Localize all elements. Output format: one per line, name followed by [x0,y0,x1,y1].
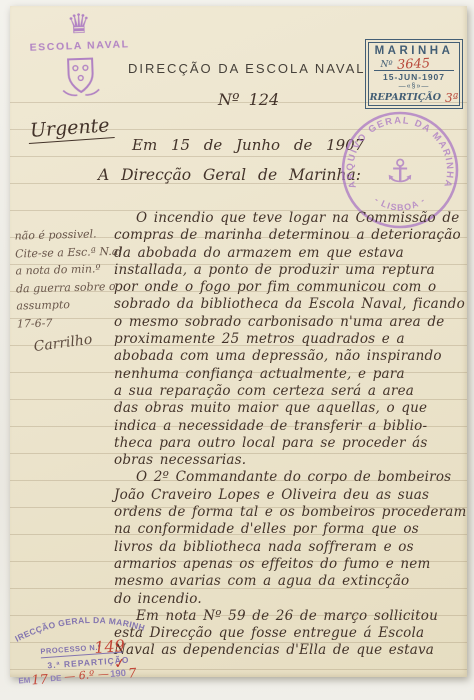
letter-body: O incendio que teve logar na Commissão d… [114,210,472,660]
marinha-receipt-stamp: MARINHA Nº 3645 15-JUN-1907 —«§»— REPART… [365,39,463,109]
reparticao-value: 3ª [445,93,458,103]
month-value: — 6.º — [64,667,109,683]
marinha-stamp-title: MARINHA [375,45,454,57]
red-check-mark: ✓ [113,655,127,672]
document-photo: ♛ ESCOLA NAVAL DIRECÇÃO DA ESCOLA NAVAL … [0,0,474,700]
marinha-stamp-divider: —«§»— [399,83,430,90]
marinha-stamp-date: 15-JUN-1907 [383,72,445,82]
svg-text:DIRECÇÃO GERAL DA MARINHA: DIRECÇÃO GERAL DA MARINHA [7,597,147,644]
marinha-number-value: 3645 [396,58,430,71]
coat-of-arms-icon [60,55,101,98]
processo-stamp-arc-text: DIRECÇÃO GERAL DA MARINHA [7,597,147,644]
anchor-icon: ⚓ [386,152,415,190]
marinha-number-label: Nº [380,60,392,70]
de-label: DE [50,673,62,683]
escola-naval-stamp: ♛ ESCOLA NAVAL [22,8,137,105]
date-line: Em 15 de Junho de 1907 [132,136,364,154]
marinha-stamp-frame: MARINHA Nº 3645 15-JUN-1907 —«§»— REPART… [368,42,460,106]
marinha-stamp-reparticao-row: REPARTIÇÃO 3ª [370,92,459,103]
em-label: EM [18,676,31,686]
paragraph-1: O incendio que teve logar na Commissão d… [114,210,472,469]
processo-stamp: DIRECÇÃO GERAL DA MARINHA PROCESSO N.º 1… [7,597,155,691]
em-day-value: 17 [31,672,49,688]
crown-icon: ♛ [22,8,135,42]
marinha-stamp-number-row: Nº 3645 [374,59,453,71]
escola-naval-stamp-label: ESCOLA NAVAL [23,38,135,55]
letter-page: ♛ ESCOLA NAVAL DIRECÇÃO DA ESCOLA NAVAL … [10,6,467,677]
year-digit-value: 7 [128,666,138,682]
reparticao-label: REPARTIÇÃO [370,92,441,103]
letterhead-title: DIRECÇÃO DA ESCOLA NAVAL [128,61,366,76]
paragraph-3: Em nota Nº 59 de 26 de março sollicitou … [114,608,472,660]
addressee-line: A Direcção Geral de Marinha: [98,166,361,184]
paragraph-2: O 2º Commandante do corpo de bombeiros J… [114,469,472,607]
urgente-annotation: Urgente [27,114,114,144]
document-number: Nº 124 [218,90,279,109]
